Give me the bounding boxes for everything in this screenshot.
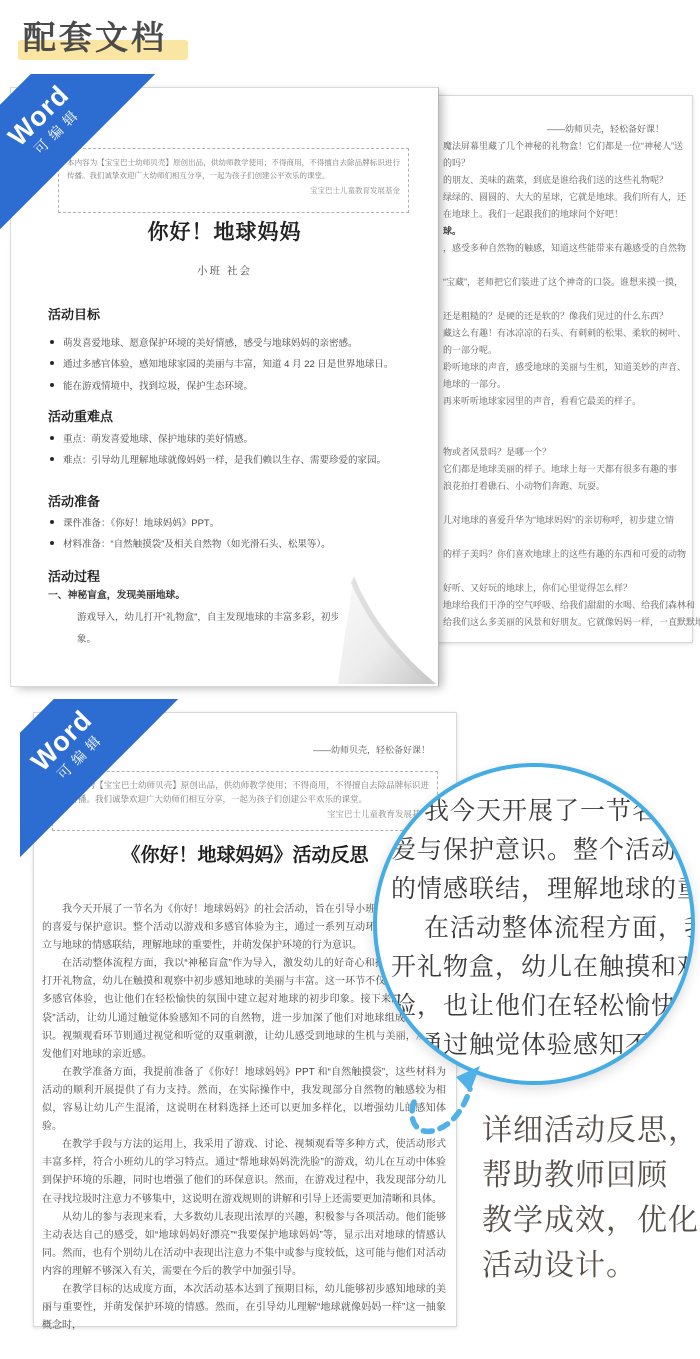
bullet-text: 难点：引导幼儿理解地球就像妈妈一样，是我们赖以生存、需要珍爱的家园。 [63,452,386,466]
bullet-dot-icon [50,361,54,365]
bullet-item: 通过多感官体验，感知地球家园的美丽与丰富，知道 4 月 22 日是世界地球日。 [50,353,424,375]
doc-line [443,291,700,308]
magnified-line: 验，也让他们在轻松愉快的氛围中建 [391,987,695,1026]
arrow-icon [408,1062,488,1147]
bullet-dot-icon [50,340,54,344]
magnified-line: 的情感联结，理解地球的重要性，并 [391,870,695,909]
magnified-line: 开礼物盒，幼儿在触摸和观察中初步 [391,948,695,987]
bullet-dot-icon [50,520,54,524]
doc-line: 魔法屏幕里藏了几个神秘的礼物盒！它们都是一位“神秘人”送 [443,138,700,155]
magnified-text: 我今天开展了一节名为《你好！地爱与保护意识。整个活动以游戏和多的情感联结，理解地… [391,792,695,1065]
doc-line: 的一部分呢。 [443,342,700,359]
doc-line: 给我们这么多美丽的风景和好朋友。它就像妈妈一样，一直默默地爱着 [443,614,700,631]
bullet-text: 通过多感官体验，感知地球家园的美丽与丰富，知道 4 月 22 日是世界地球日。 [63,356,393,370]
page-title: 配套文档 [23,12,167,59]
bullet-text: 萌发喜爱地球、愿意保护环境的美好情感，感受与地球妈妈的亲密感。 [63,335,358,349]
ribbon-band: Word 可编辑 [0,74,167,244]
magnified-line: 在活动整体流程方面，我以“神秘 [391,909,695,948]
doc-line [443,495,700,512]
doc-line: 地球给我们干净的空气呼吸、给我们甜甜的水喝、给我们森林和 [443,597,700,614]
bullet-dot-icon [50,457,54,461]
doc-line: 地球的一部分。 [443,376,700,393]
doc1-page1: Word 可编辑 本内容为【宝宝巴士幼师贝壳】原创出品，供幼师教学使用；不得商用… [10,87,439,687]
section-heading-process: 活动过程 [48,566,100,585]
caption: 详细活动反思，帮助教师回顾教学成效，优化活动设计。 [482,1108,699,1288]
doc-line: 再来听听地球家园里的声音，看看它最美的样子。 [443,393,700,410]
magnified-line: 儿通过触觉体验感知不同的自然物 [391,1026,695,1065]
doc-line: 在地球上。我们一起跟我们的地球问个好吧！ [443,206,700,223]
bullet-item: 材料准备：“自然触摸袋”及相关自然物（如光滑石头、松果等）。 [50,533,424,555]
caption-line: 详细活动反思， [482,1108,699,1153]
doc-header-slogan: ——幼师贝壳，轻松备好课！ [313,743,430,756]
doc-line: 绿绿的、圆圆的、大大的星球，它就是地球。我们所有人，还 [443,189,700,206]
doc-line: 藏这么有趣！有冰凉凉的石头、有刺刺的松果、柔软的树叶、 [443,325,700,342]
doc-line: 它们都是地球美丽的样子。地球上每一天都有很多有趣的事 [443,461,700,478]
doc-line: 的样子美吗？你们喜欢地球上的这些有趣的东西和可爱的动物 [443,546,700,563]
ribbon-band: Word 可编辑 [20,699,190,869]
process-line: 象。 [77,629,377,651]
doc-line: 好听、又好玩的地球上，你们心里觉得怎么样？ [443,580,700,597]
bullet-item: 难点：引导幼儿理解地球就像妈妈一样，是我们赖以生存、需要珍爱的家园。 [50,449,424,471]
doc-line [443,563,700,580]
doc1-subtitle: 小班 社会 [11,263,438,278]
word-editable-ribbon: Word 可编辑 [20,699,190,869]
word-editable-ribbon: Word 可编辑 [0,74,167,244]
keypoints-list: 重点：萌发喜爱地球、保护地球的美好情感。难点：引导幼儿理解地球就像妈妈一样，是我… [50,427,424,470]
arrow-head [456,1066,480,1092]
doc-line [443,529,700,546]
reflection-paragraph: 在教学目标的达成度方面，本次活动基本达到了预期目标，幼儿能够初步感知地球的美丽与… [42,1281,446,1335]
doc-line: “宝藏”，老师把它们装进了这个神奇的口袋。谁想来摸一摸， [443,274,700,291]
process-line: 游戏导入，幼儿打开“礼物盒”，自主发现地球的丰富多彩，初步建立对“地 [77,607,377,629]
doc1-page2-text: 魔法屏幕里藏了几个神秘的礼物盒！它们都是一位“神秘人”送的吗？的朋友、美味的蔬菜… [443,138,700,631]
bullet-text: 重点：萌发喜爱地球、保护地球的美好情感。 [63,431,253,445]
section-heading-goals: 活动目标 [48,304,100,323]
caption-line: 活动设计。 [482,1243,699,1288]
magnifier-circle: 我今天开展了一节名为《你好！地爱与保护意识。整个活动以游戏和多的情感联结，理解地… [373,763,695,1085]
doc-line: 球。 [443,223,700,240]
doc-line: 儿对地球的喜爱升华为“地球妈妈”的亲切称呼，初步建立情 [443,512,700,529]
doc-header-slogan: ——幼师贝壳，轻松备好课！ [547,122,664,135]
magnified-line: 我今天开展了一节名为《你好！地 [391,792,695,831]
process-body: 游戏导入，幼儿打开“礼物盒”，自主发现地球的丰富多彩，初步建立对“地 象。 [77,607,377,651]
doc-line: 的吗？ [443,155,700,172]
caption-line: 帮助教师回顾 [482,1153,699,1198]
section-heading-preparation: 活动准备 [48,491,100,510]
goals-list: 萌发喜爱地球、愿意保护环境的美好情感，感受与地球妈妈的亲密感。通过多感官体验，感… [50,331,424,396]
doc-line [443,427,700,444]
preparation-list: 课件准备：《你好！地球妈妈》PPT。材料准备：“自然触摸袋”及相关自然物（如光滑… [50,511,424,554]
reflection-paragraph: 从幼儿的参与表现来看，大多数幼儿表现出浓厚的兴趣，积极参与各项活动。他们能够主动… [42,1209,446,1281]
bullet-item: 课件准备：《你好！地球妈妈》PPT。 [50,511,424,533]
doc-line: 聆听地球的声音，感受地球的美丽与生机，知道美妙的声音、 [443,359,700,376]
arrow-dashed-path [412,1089,470,1131]
reflection-paragraph: 在教学手段与方法的运用上，我采用了游戏、讨论、视频观看等多种方式，使活动形式丰富… [42,1136,446,1208]
bullet-text: 材料准备：“自然触摸袋”及相关自然物（如光滑石头、松果等）。 [63,536,331,550]
process-step-title: 一、神秘盲盒，发现美丽地球。 [48,587,185,601]
bullet-item: 萌发喜爱地球、愿意保护环境的美好情感，感受与地球妈妈的亲密感。 [50,331,424,353]
bullet-dot-icon [50,383,54,387]
reflection-paragraph: 在教学准备方面，我提前准备了《你好！地球妈妈》PPT 和“自然触摸袋”，这些材料… [42,1064,446,1136]
bullet-dot-icon [50,436,54,440]
page-curl-graphic [338,574,438,686]
bullet-text: 课件准备：《你好！地球妈妈》PPT。 [63,515,219,529]
doc-line: 物或者风景吗？是哪一个？ [443,444,700,461]
doc-line: 还是粗糙的？是硬的还是软的？像我们见过的什么东西？ [443,308,700,325]
bullet-item: 能在游戏情境中，找到垃圾，保护生态环境。 [50,374,424,396]
doc-line: 浪花拍打着礁石、小动物们奔跑、玩耍。 [443,478,700,495]
page-curl [338,574,438,686]
page: 配套文档 ——幼师贝壳，轻松备好课！ 魔法屏幕里藏了几个神秘的礼物盒！它们都是一… [0,0,700,1359]
bullet-dot-icon [50,541,54,545]
section-heading-keypoints: 活动重难点 [48,406,113,425]
bullet-text: 能在游戏情境中，找到垃圾，保护生态环境。 [63,378,253,392]
caption-line: 教学成效，优化 [482,1198,699,1243]
doc-line [443,257,700,274]
magnified-line: 爱与保护意识。整个活动以游戏和多 [391,831,695,870]
doc-line [443,410,700,427]
bullet-item: 重点：萌发喜爱地球、保护地球的美好情感。 [50,427,424,449]
doc-line: ，感受多种自然物的触感，知道这些能带来有趣感受的自然物 [443,240,700,257]
doc-line: 的朋友、美味的蔬菜，到底是谁给我们送的这些礼物呢？ [443,172,700,189]
